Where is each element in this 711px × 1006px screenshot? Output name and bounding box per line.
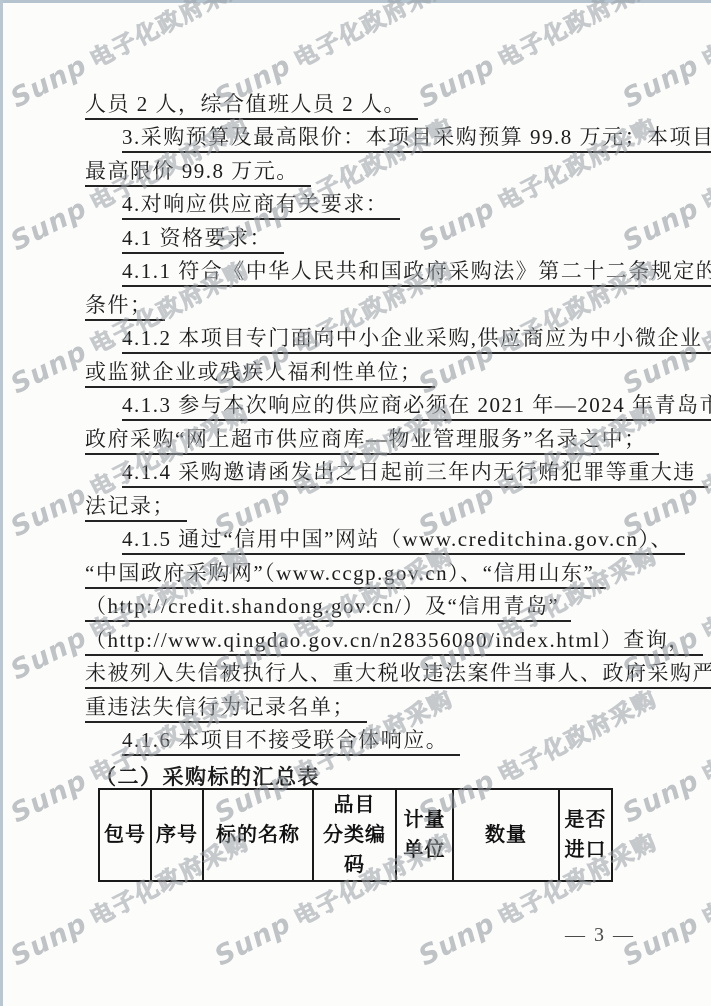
text-line: 4.1.4 采购邀请函发出之日起前三年内无行贿犯罪等重大违	[85, 455, 711, 489]
scan-edge-top	[0, 0, 711, 3]
text-line: 4.1.5 通过“信用中国”网站（www.creditchina.gov.cn）…	[85, 522, 711, 556]
watermark-brand: Sunp	[414, 908, 500, 972]
header-cell-line: 序号	[152, 820, 202, 850]
text-line-content: 4.1.3 参与本次响应的供应商必须在 2021 年—2024 年青岛市	[122, 393, 711, 421]
text-line: 4.1 资格要求：	[85, 220, 711, 254]
text-line-content: 4.1.5 通过“信用中国”网站（www.creditchina.gov.cn）…	[122, 527, 685, 555]
header-cell-line: 计量	[397, 805, 452, 835]
header-cell-1: 序号	[151, 789, 203, 881]
text-line-content: 3.采购预算及最高限价：本项目采购预算 99.8 万元；本项目	[122, 125, 711, 153]
header-cell-line: 分类编码	[314, 820, 395, 880]
watermark-brand: Sunp	[6, 908, 92, 972]
text-line-content: 政府采购“网上超市供应商库—物业管理服务”名录之中；	[85, 427, 659, 455]
header-cell-line: 是否	[560, 805, 611, 835]
text-line-content: 人员 2 人，综合值班人员 2 人。	[85, 92, 418, 120]
header-cell-5: 数量	[453, 789, 559, 881]
watermark-label: 电子化政府采购	[290, 0, 458, 73]
text-line-content: 4.1 资格要求：	[122, 226, 284, 254]
page-number: — 3 —	[548, 924, 652, 947]
text-line: 4.1.1 符合《中华人民共和国政府采购法》第二十二条规定的	[85, 254, 711, 288]
watermark-label: 电子化政府采购	[698, 0, 711, 73]
text-line: 最高限价 99.8 万元。	[85, 153, 711, 187]
text-line-content: 4.1.1 符合《中华人民共和国政府采购法》第二十二条规定的	[122, 259, 711, 287]
text-line: 4.1.3 参与本次响应的供应商必须在 2021 年—2024 年青岛市	[85, 388, 711, 422]
watermark-brand: Sunp	[6, 193, 92, 257]
text-line: （http://credit.shandong.gov.cn/）及“信用青岛”	[85, 589, 711, 623]
text-line: 法记录；	[85, 488, 711, 522]
text-line: 未被列入失信被执行人、重大税收违法案件当事人、政府采购严	[85, 656, 711, 690]
watermark-label: 电子化政府采购	[494, 0, 662, 73]
document-body: 人员 2 人，综合值班人员 2 人。3.采购预算及最高限价：本项目采购预算 99…	[85, 86, 711, 790]
text-line-content: 4.1.6 本项目不接受联合体响应。	[122, 728, 460, 756]
text-line: “中国政府采购网”（www.ccgp.gov.cn）、“信用山东”	[85, 555, 711, 589]
watermark-brand: Sunp	[6, 479, 92, 543]
text-line: 人员 2 人，综合值班人员 2 人。	[85, 86, 711, 120]
header-cell-line: 进口	[560, 835, 611, 865]
header-cell-2: 标的名称	[203, 789, 313, 881]
text-line-content: 重违法失信行为记录名单；	[85, 695, 367, 723]
header-cell-line: 数量	[454, 820, 558, 850]
watermark-brand: Sunp	[210, 908, 296, 972]
text-line-content: 未被列入失信被执行人、重大税收违法案件当事人、政府采购严	[85, 661, 711, 689]
text-line-content: 4.1.4 采购邀请函发出之日起前三年内无行贿犯罪等重大违	[122, 460, 708, 488]
procurement-summary-table: 包号序号标的名称品目分类编码计量单位数量是否进口	[98, 788, 613, 882]
header-cell-0: 包号	[99, 789, 151, 881]
text-line: 4.对响应供应商有关要求：	[85, 187, 711, 221]
text-line: 或监狱企业或残疾人福利性单位；	[85, 354, 711, 388]
text-line: 政府采购“网上超市供应商库—物业管理服务”名录之中；	[85, 421, 711, 455]
text-line-content: （http://www.qingdao.gov.cn/n28356080/ind…	[85, 628, 703, 656]
document-page: 人员 2 人，综合值班人员 2 人。3.采购预算及最高限价：本项目采购预算 99…	[0, 0, 711, 1006]
text-line-content: 最高限价 99.8 万元。	[85, 159, 311, 187]
header-cell-line: 包号	[100, 820, 150, 850]
header-cell-line: 标的名称	[204, 820, 312, 850]
header-cell-3: 品目分类编码	[313, 789, 396, 881]
watermark-brand: Sunp	[6, 50, 92, 114]
text-line: 4.1.2 本项目专门面向中小企业采购,供应商应为中小微企业	[85, 321, 711, 355]
watermark-label: 电子化政府采购	[698, 829, 711, 932]
scan-edge-left	[0, 0, 3, 1006]
watermark-brand: Sunp	[6, 765, 92, 829]
header-cell-6: 是否进口	[559, 789, 612, 881]
text-line-content: 法记录；	[85, 494, 187, 522]
watermark-brand: Sunp	[6, 622, 92, 686]
text-line-content: 4.对响应供应商有关要求：	[122, 192, 400, 220]
text-line: 条件；	[85, 287, 711, 321]
text-line-content: 条件；	[85, 293, 165, 321]
table-header-row: 包号序号标的名称品目分类编码计量单位数量是否进口	[99, 789, 612, 881]
text-line-content: 或监狱企业或残疾人福利性单位；	[85, 360, 435, 388]
text-line-content: 4.1.2 本项目专门面向中小企业采购,供应商应为中小微企业	[122, 326, 711, 354]
text-line: 4.1.6 本项目不接受联合体响应。	[85, 723, 711, 757]
text-line-content: （二）采购标的汇总表	[95, 765, 320, 790]
watermark-brand: Sunp	[6, 336, 92, 400]
text-line: （http://www.qingdao.gov.cn/n28356080/ind…	[85, 622, 711, 656]
text-line: 3.采购预算及最高限价：本项目采购预算 99.8 万元；本项目	[85, 120, 711, 154]
section-heading: （二）采购标的汇总表	[85, 756, 711, 790]
watermark: Sunp电子化政府采购	[617, 824, 711, 973]
text-line: 重违法失信行为记录名单；	[85, 689, 711, 723]
header-cell-4: 计量单位	[396, 789, 453, 881]
header-cell-line: 品目	[314, 790, 395, 820]
text-line-content: “中国政府采购网”（www.ccgp.gov.cn）、“信用山东”	[85, 561, 606, 589]
text-line-content: （http://credit.shandong.gov.cn/）及“信用青岛”	[85, 594, 571, 622]
header-cell-line: 单位	[397, 835, 452, 865]
watermark-label: 电子化政府采购	[86, 0, 254, 73]
